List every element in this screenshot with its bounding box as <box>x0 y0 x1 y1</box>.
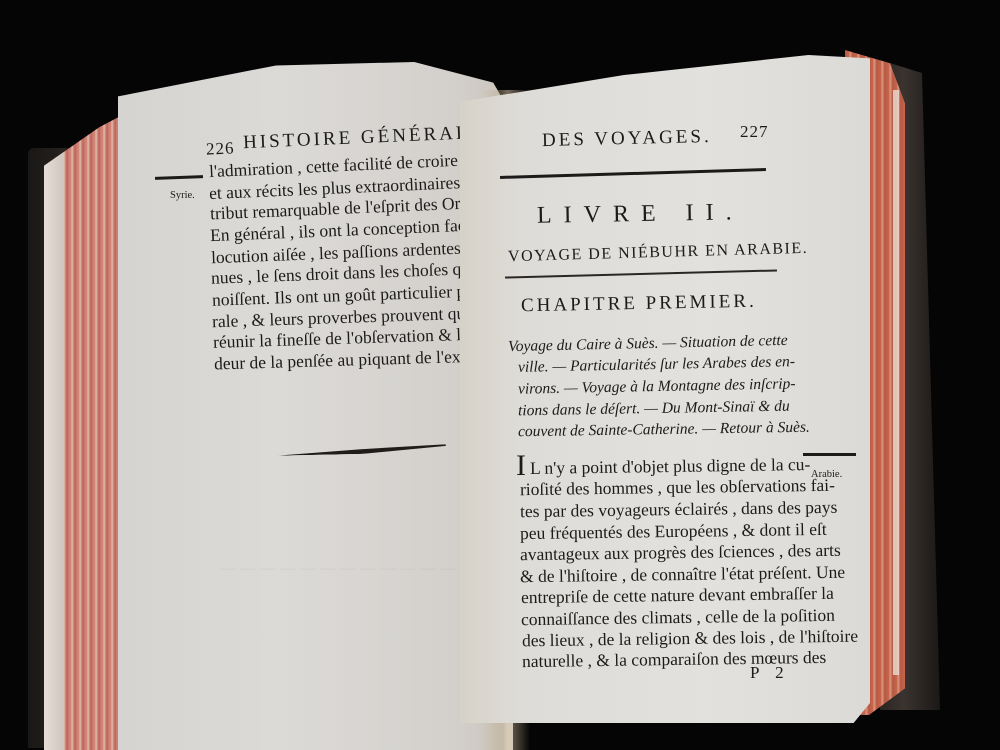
text-line: rioſité des hommes , que les obſervation… <box>520 477 835 499</box>
right-running-head: DES VOYAGES. <box>542 126 712 152</box>
right-margin-rule <box>803 453 856 456</box>
bleed-through-text: — — — — — — — — — — — — — <box>220 560 476 578</box>
text-line: entrepriſe de cette nature devant embraſ… <box>521 585 834 607</box>
text-line: connaiſſance des climats , celle de la p… <box>521 607 835 629</box>
book-title: LIVRE II. <box>537 199 744 230</box>
chapter-title: CHAPITRE PREMIER. <box>521 291 757 318</box>
drop-cap: I <box>516 451 526 481</box>
book-photo: 226 HISTOIRE GÉNÉRALE Syrie. l'admiratio… <box>0 0 1000 750</box>
text-line: L n'y a point d'objet plus digne de la c… <box>530 456 810 477</box>
left-page-number: 226 <box>206 138 235 159</box>
signature-mark: P 2 <box>750 663 790 683</box>
text-line: peu fréquentés des Européens , & dont il… <box>520 521 827 543</box>
right-page-number: 227 <box>740 122 769 142</box>
left-margin-note: Syrie. <box>170 190 195 201</box>
text-line: tes par des voyageurs éclairés , dans de… <box>520 499 838 521</box>
